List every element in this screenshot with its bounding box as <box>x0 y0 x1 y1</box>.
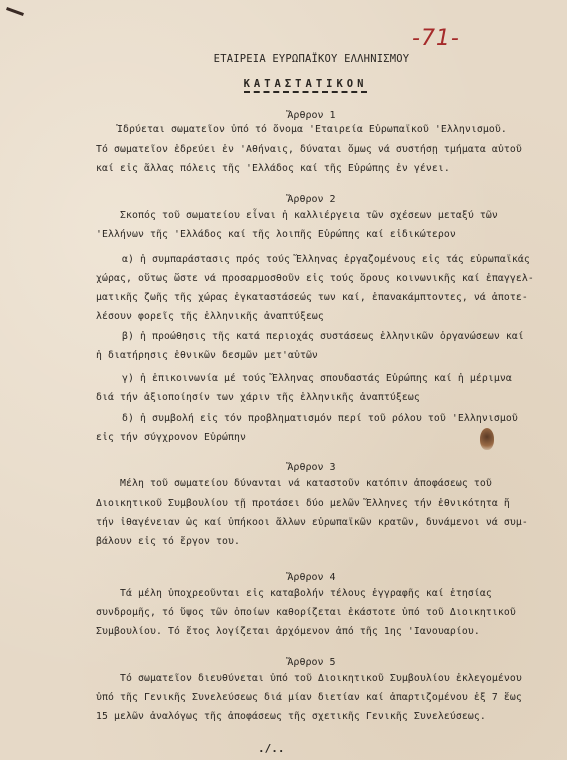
paper-page: -71- ΕΤΑΙΡΕΙΑ ΕΥΡΩΠΑΪΚΟΥ ΕΛΛΗΝΙΣΜΟΥ ΚΑΤΑ… <box>0 0 567 760</box>
article-line: Τό σωματεῖον ἑδρεύει ἐν 'Αθήναις, δύνατα… <box>96 144 522 155</box>
continuation-mark: ./.. <box>258 742 285 755</box>
paper-stain <box>480 428 494 450</box>
article-line: τήν ἰθαγένειαν ὡς καί ὑπήκοοι ἄλλων εὐρω… <box>96 517 528 528</box>
list-item-line: εἰς τήν σύγχρονον Εὐρώπην <box>96 432 246 443</box>
article-heading: Ἄρθρον 1 <box>28 110 567 121</box>
document-title-text: ΚΑΤΑΣΤΑΤΙΚΟΝ <box>244 78 368 93</box>
corner-ink-mark <box>6 7 24 16</box>
document-title: ΚΑΤΑΣΤΑΤΙΚΟΝ <box>22 78 567 90</box>
list-item-line: διά τήν ἀξιοποίησίν των χάριν τῆς ἑλληνι… <box>96 392 420 403</box>
list-item-line: ἡ διατήρησις ἐθνικῶν δεσμῶν μετ'αὐτῶν <box>96 350 318 361</box>
article-line: Σκοπός τοῦ σωματείου εἶναι ἡ καλλιέργεια… <box>120 210 498 221</box>
list-item-line: β) ἡ προώθησις τῆς κατά περιοχάς συστάσε… <box>122 331 524 342</box>
article-line: Διοικητικοῦ Συμβουλίου τῇ προτάσει δύο μ… <box>96 498 510 509</box>
article-line: βάλουν εἰς τό ἔργον του. <box>96 536 240 547</box>
article-line: Μέλη τοῦ σωματείου δύνανται νά καταστοῦν… <box>120 478 492 489</box>
article-line: συνδρομῆς, τό ὕψος τῶν ὁποίων καθορίζετα… <box>96 607 516 618</box>
organization-name: ΕΤΑΙΡΕΙΑ ΕΥΡΩΠΑΪΚΟΥ ΕΛΛΗΝΙΣΜΟΥ <box>28 53 567 65</box>
article-line: καί εἰς ἄλλας πόλεις τῆς 'Ελλάδος καί τῆ… <box>96 163 450 174</box>
article-line: 'Ελλήνων τῆς 'Ελλάδος καί τῆς λοιπῆς Εὐρ… <box>96 229 456 240</box>
list-item-line: γ) ἡ ἐπικοινωνία μέ τούς Ἕλληνας σπουδασ… <box>122 373 512 384</box>
article-heading: Ἄρθρον 4 <box>28 572 567 583</box>
article-line: Ἱδρύεται σωματεῖον ὑπό τό ὄνομα 'Εταιρεί… <box>117 124 507 135</box>
article-line: Συμβουλίου. Τό ἔτος λογίζεται ἀρχόμενον … <box>96 626 480 637</box>
handwritten-page-number: -71- <box>412 26 460 51</box>
list-item-line: χώρας, οὕτως ὥστε νά προσαρμοσθοῦν εἰς τ… <box>96 273 534 284</box>
article-heading: Ἄρθρον 5 <box>28 657 567 668</box>
article-line: 15 μελῶν ἀναλόγως τῆς ἀποφάσεως τῆς σχετ… <box>96 711 486 722</box>
list-item-line: λέσουν φορεῖς τῆς ἑλληνικῆς ἀναπτύξεως <box>96 311 324 322</box>
article-heading: Ἄρθρον 3 <box>28 462 567 473</box>
article-line: ὑπό τῆς Γενικῆς Συνελεύσεως διά μίαν διε… <box>96 692 522 703</box>
list-item-line: ματικῆς ζωῆς τῆς χώρας ἐγκαταστάσεώς των… <box>96 292 528 303</box>
article-heading: Ἄρθρον 2 <box>28 194 567 205</box>
article-line: Τό σωματεῖον διευθύνεται ὑπό τοῦ Διοικητ… <box>120 673 522 684</box>
list-item-line: α) ἡ συμπαράστασις πρός τούς Ἕλληνας ἐργ… <box>122 254 530 265</box>
list-item-line: δ) ἡ συμβολή εἰς τόν προβληματισμόν περί… <box>122 413 518 424</box>
article-line: Τά μέλη ὑποχρεοῦνται εἰς καταβολήν τέλου… <box>120 588 492 599</box>
